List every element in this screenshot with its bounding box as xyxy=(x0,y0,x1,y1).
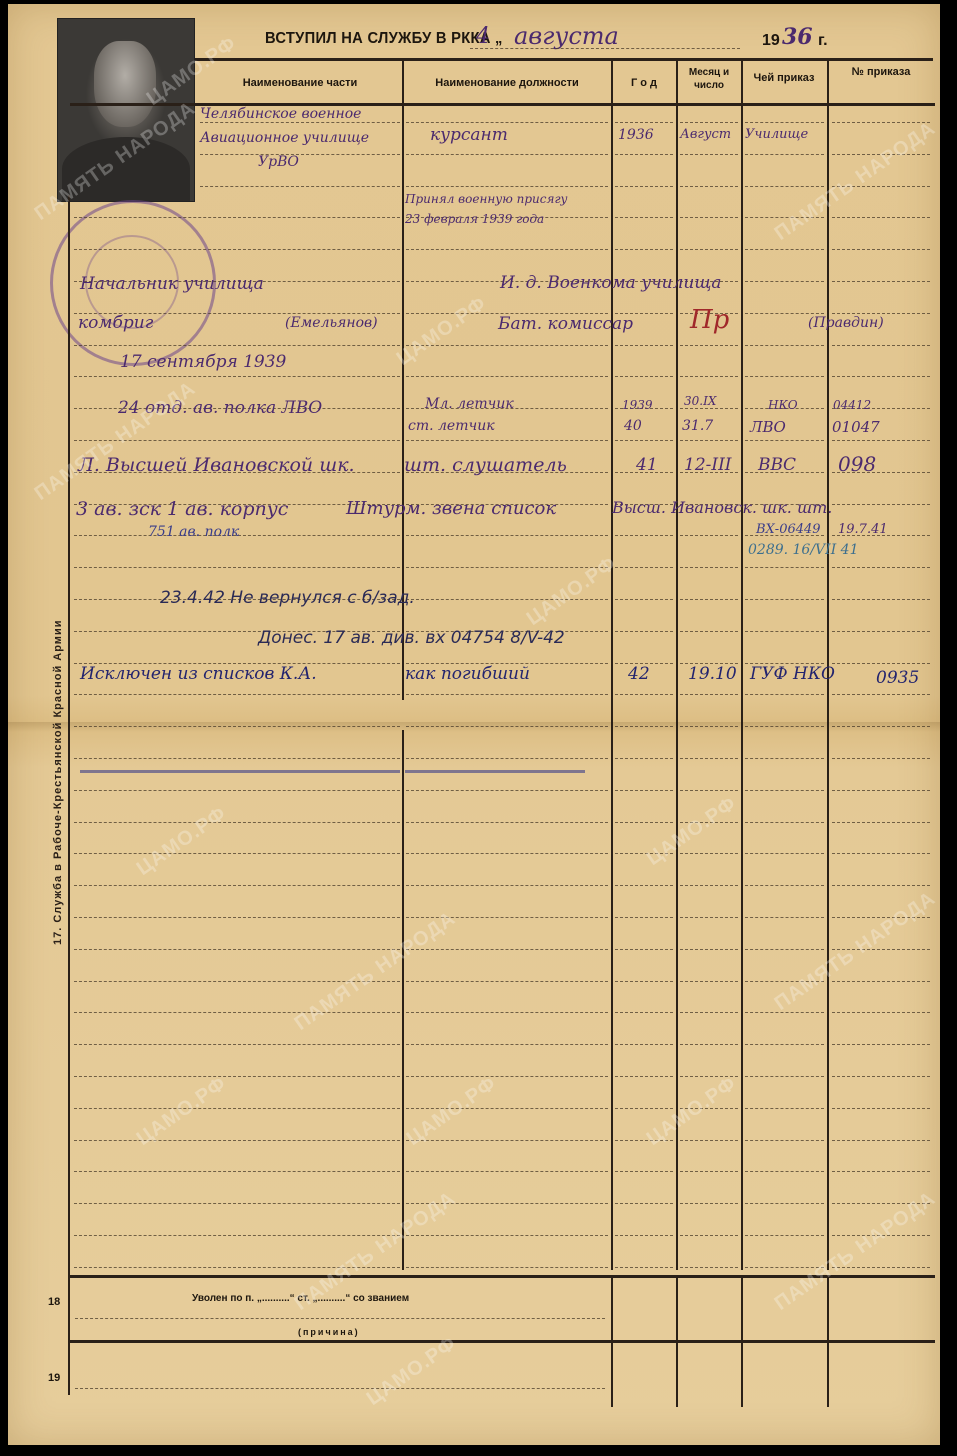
ruled-line xyxy=(74,1076,400,1077)
ruled-line xyxy=(406,1012,608,1013)
ruled-line xyxy=(680,758,738,759)
row18-caption: (причина) xyxy=(298,1327,360,1337)
enlist-day: 4 xyxy=(476,24,490,49)
ruled-line xyxy=(745,122,824,123)
ruled-line xyxy=(745,376,824,377)
lower-col-divider-2 xyxy=(611,1277,613,1407)
ruled-line xyxy=(745,249,824,250)
ruled-line xyxy=(745,790,824,791)
header-top-rule xyxy=(195,58,933,61)
ruled-line xyxy=(680,1235,738,1236)
ruled-line xyxy=(406,249,608,250)
entry5-date: 12-III xyxy=(684,455,732,475)
col-header-date: Месяц и число xyxy=(680,66,738,92)
ruled-line xyxy=(745,917,824,918)
ruled-line xyxy=(745,694,824,695)
entry1-unit-line3: УрВО xyxy=(258,154,299,170)
ruled-line xyxy=(74,1235,400,1236)
ruled-line xyxy=(200,154,400,155)
oath-line1: Принял военную присягу xyxy=(405,192,567,206)
ruled-line xyxy=(832,885,930,886)
ruled-line xyxy=(832,504,930,505)
report-note: Донес. 17 ав. див. вх 04754 8/V-42 xyxy=(258,628,565,648)
ruled-line xyxy=(680,345,738,346)
ruled-line xyxy=(680,726,738,727)
ruled-line xyxy=(680,186,738,187)
ruled-line xyxy=(745,345,824,346)
entry6-extra: Высш. Ивановск. шк. шт. xyxy=(612,498,832,517)
ruled-line xyxy=(406,758,608,759)
entry1-year: 1936 xyxy=(618,127,654,143)
entry6-position: Штурм. звена список xyxy=(346,498,556,519)
ruled-line xyxy=(680,408,738,409)
ruled-line xyxy=(615,885,673,886)
entry4-date-line1: 30.IX xyxy=(684,394,716,408)
ruled-line xyxy=(745,440,824,441)
col-header-order-by: Чей приказ xyxy=(743,72,825,85)
signer1-rank: комбриг xyxy=(78,313,153,333)
ruled-line xyxy=(832,599,930,600)
ruled-line xyxy=(406,1235,608,1236)
ruled-line xyxy=(680,885,738,886)
ruled-line xyxy=(74,249,400,250)
enlist-year-unit: г. xyxy=(818,32,828,50)
ruled-line xyxy=(745,567,824,568)
ruled-line xyxy=(74,790,400,791)
ruled-line xyxy=(406,122,608,123)
ruled-line xyxy=(832,758,930,759)
ruled-line xyxy=(832,790,930,791)
ruled-line xyxy=(615,154,673,155)
ruled-line xyxy=(615,1267,673,1268)
ruled-line xyxy=(615,535,673,536)
entry1-unit-line2: Авиационное училище xyxy=(200,130,369,146)
ruled-line xyxy=(74,758,400,759)
ruled-line xyxy=(74,694,400,695)
col-header-unit: Наименование части xyxy=(200,77,400,90)
entry4-position-line1: Мл. летчик xyxy=(425,396,514,412)
ruled-line xyxy=(745,631,824,632)
entry8-date: 19.10 xyxy=(688,664,737,684)
title-underline xyxy=(470,48,740,49)
ruled-line xyxy=(680,249,738,250)
ruled-line xyxy=(832,1140,930,1141)
ruled-line xyxy=(832,1044,930,1045)
col-header-year: Г о д xyxy=(613,77,675,90)
ruled-line xyxy=(832,694,930,695)
ruled-line xyxy=(680,535,738,536)
ruled-line xyxy=(832,1171,930,1172)
ruled-line xyxy=(74,376,400,377)
ruled-line xyxy=(832,663,930,664)
ruled-line xyxy=(406,885,608,886)
ruled-line xyxy=(615,567,673,568)
ruled-line xyxy=(832,631,930,632)
entry1-unit-line1: Челябинское военное xyxy=(200,106,361,122)
ruled-line xyxy=(74,217,400,218)
ruled-line xyxy=(832,726,930,727)
ruled-line xyxy=(745,949,824,950)
ruled-line xyxy=(74,1171,400,1172)
ruled-line xyxy=(615,440,673,441)
ruled-line xyxy=(615,1108,673,1109)
ruled-line xyxy=(680,949,738,950)
ruled-line xyxy=(832,440,930,441)
entry1-date: Август xyxy=(680,127,731,142)
enlist-year-suffix: 36 xyxy=(782,24,813,50)
entry6-unit2: 751 ав. полк xyxy=(148,524,239,540)
entry6-order-no3: 0289. 16/VII 41 xyxy=(748,542,859,558)
ruled-line xyxy=(832,345,930,346)
enlist-month: августа xyxy=(514,22,619,50)
ruled-line xyxy=(74,917,400,918)
col-divider-2 xyxy=(611,60,613,1270)
page-title: ВСТУПИЛ НА СЛУЖБУ В РККА „ xyxy=(265,30,503,48)
ruled-line xyxy=(745,885,824,886)
ruled-line xyxy=(680,694,738,695)
ruled-line xyxy=(406,186,608,187)
row19-number: 19 xyxy=(48,1372,60,1384)
signer2-name: (Правдин) xyxy=(808,315,884,331)
ruled-line xyxy=(745,1171,824,1172)
row18-number: 18 xyxy=(48,1296,60,1308)
ruled-line xyxy=(200,186,400,187)
ruled-line xyxy=(406,1267,608,1268)
ruled-line xyxy=(832,1108,930,1109)
ruled-line xyxy=(680,631,738,632)
ink-bleed-through xyxy=(80,770,400,773)
ruled-line xyxy=(680,599,738,600)
ruled-line xyxy=(406,853,608,854)
ruled-line xyxy=(74,1203,400,1204)
entry4-order-by-line2: ЛВО xyxy=(750,418,786,436)
ruled-line xyxy=(680,567,738,568)
ruled-line xyxy=(615,1012,673,1013)
ruled-line xyxy=(615,345,673,346)
ruled-line xyxy=(406,567,608,568)
ruled-line xyxy=(680,790,738,791)
signer1-name: (Емельянов) xyxy=(285,315,378,331)
ruled-line xyxy=(680,981,738,982)
ruled-line xyxy=(745,1044,824,1045)
signer1-title: Начальник училища xyxy=(80,274,264,294)
col-divider-3 xyxy=(676,60,678,1270)
ruled-line xyxy=(615,186,673,187)
ruled-line xyxy=(745,822,824,823)
row18-dotted-line xyxy=(75,1318,605,1319)
ruled-line xyxy=(74,1044,400,1045)
ruled-line xyxy=(832,122,930,123)
ruled-line xyxy=(615,631,673,632)
ruled-line xyxy=(406,949,608,950)
sign-date: 17 сентября 1939 xyxy=(120,352,286,372)
ruled-line xyxy=(406,694,608,695)
ruled-line xyxy=(615,1235,673,1236)
ruled-line xyxy=(745,1076,824,1077)
entry8-position: как погибший xyxy=(405,664,530,684)
ruled-line xyxy=(680,1171,738,1172)
ruled-line xyxy=(745,1235,824,1236)
ruled-line xyxy=(680,1140,738,1141)
photo-face xyxy=(94,41,156,127)
ruled-line xyxy=(615,949,673,950)
ruled-line xyxy=(615,1076,673,1077)
ruled-line xyxy=(74,345,400,346)
entry5-year: 41 xyxy=(636,455,658,475)
entry1-position: курсант xyxy=(430,125,508,145)
ruled-line xyxy=(832,313,930,314)
ruled-line xyxy=(74,822,400,823)
ruled-line xyxy=(745,1140,824,1141)
ruled-line xyxy=(74,853,400,854)
entry4-year-line1: 1939 xyxy=(622,398,653,412)
ruled-line xyxy=(832,376,930,377)
ruled-line xyxy=(615,694,673,695)
ruled-line xyxy=(680,440,738,441)
ruled-line xyxy=(200,122,400,123)
ruled-line xyxy=(74,726,400,727)
signer2-title: И. д. Военкома училища xyxy=(500,273,722,293)
ruled-line xyxy=(406,440,608,441)
ruled-line xyxy=(615,1171,673,1172)
ruled-line xyxy=(406,726,608,727)
lower-col-divider-4 xyxy=(741,1277,743,1407)
ruled-line xyxy=(680,154,738,155)
ruled-line xyxy=(406,981,608,982)
signer2-rank: Бат. комиссар xyxy=(498,314,633,334)
ruled-line xyxy=(680,122,738,123)
ruled-line xyxy=(615,758,673,759)
ruled-line xyxy=(680,217,738,218)
ruled-line xyxy=(745,154,824,155)
entry4-order-by-line1: НКО xyxy=(768,398,798,412)
ruled-line xyxy=(406,376,608,377)
ruled-line xyxy=(74,885,400,886)
ruled-line xyxy=(832,1076,930,1077)
ruled-line xyxy=(832,281,930,282)
col-divider-4 xyxy=(741,60,743,1270)
ruled-line xyxy=(832,853,930,854)
ruled-line xyxy=(615,1203,673,1204)
ruled-line xyxy=(74,567,400,568)
ruled-line xyxy=(615,249,673,250)
ruled-line xyxy=(745,186,824,187)
left-border xyxy=(68,195,70,1395)
ruled-line xyxy=(745,853,824,854)
entry6-order-no2: 19.7.41 xyxy=(838,522,888,537)
ruled-line xyxy=(832,217,930,218)
ruled-line xyxy=(745,313,824,314)
ruled-line xyxy=(406,790,608,791)
entry6-unit: 3 ав. зск 1 ав. корпус xyxy=(76,498,288,520)
ruled-line xyxy=(615,599,673,600)
col-header-position: Наименование должности xyxy=(404,77,610,90)
enlist-year-prefix: 19 xyxy=(762,32,780,50)
ruled-line xyxy=(745,1108,824,1109)
ruled-line xyxy=(406,1140,608,1141)
oath-line2: 23 февраля 1939 года xyxy=(405,212,544,226)
ruled-line xyxy=(745,1203,824,1204)
ruled-line xyxy=(74,1140,400,1141)
entry6-order-by2: ВХ-06449 xyxy=(756,522,821,537)
entry4-order-no-line2: 01047 xyxy=(832,418,880,436)
lower-col-divider-3 xyxy=(676,1277,678,1407)
entry4-order-no-line1: 04412 xyxy=(833,398,871,412)
ruled-line xyxy=(615,376,673,377)
title-text: ВСТУПИЛ НА СЛУЖБУ В РККА xyxy=(265,30,491,47)
section-side-label: 17. Служба в Рабоче-Крестьянской Красной… xyxy=(52,620,64,945)
ruled-line xyxy=(745,599,824,600)
entry1-order-by: Училище xyxy=(745,127,808,142)
ruled-line xyxy=(615,917,673,918)
ruled-line xyxy=(745,281,824,282)
entry4-year-line2: 40 xyxy=(624,418,642,434)
ruled-line xyxy=(832,1012,930,1013)
entry5-unit: Л. Высшей Ивановской шк. xyxy=(78,454,355,476)
ruled-line xyxy=(406,822,608,823)
ruled-line xyxy=(615,726,673,727)
ruled-line xyxy=(745,758,824,759)
entry8-year: 42 xyxy=(628,664,650,684)
ruled-line xyxy=(615,981,673,982)
ruled-line xyxy=(680,376,738,377)
ruled-line xyxy=(615,790,673,791)
ruled-line xyxy=(406,1171,608,1172)
ruled-line xyxy=(406,1044,608,1045)
entry8-order-by: ГУФ НКО xyxy=(750,664,835,684)
col-divider-1b xyxy=(402,730,404,1270)
entry5-order-no: 098 xyxy=(838,452,876,476)
entry8-order-no: 0935 xyxy=(876,668,919,688)
ruled-line xyxy=(406,154,608,155)
ruled-line xyxy=(615,822,673,823)
col-header-order-no: № приказа xyxy=(829,66,933,79)
ruled-line xyxy=(832,981,930,982)
ruled-line xyxy=(615,217,673,218)
missing-note: 23.4.42 Не вернулся с б/зад. xyxy=(160,588,415,608)
ruled-line xyxy=(406,535,608,536)
signature-red: Пр xyxy=(690,305,729,335)
ruled-line xyxy=(832,249,930,250)
entry5-order-by: ВВС xyxy=(758,455,796,475)
entry4-position-line2: ст. летчик xyxy=(408,418,495,434)
ruled-line xyxy=(615,1044,673,1045)
entry4-date-line2: 31.7 xyxy=(682,418,713,434)
ruled-line xyxy=(745,726,824,727)
ruled-line xyxy=(680,1044,738,1045)
ruled-line xyxy=(680,853,738,854)
ruled-line xyxy=(74,949,400,950)
ruled-line xyxy=(615,122,673,123)
ruled-line xyxy=(680,917,738,918)
entry8-unit: Исключен из списков К.А. xyxy=(80,664,317,684)
ruled-line xyxy=(406,1076,608,1077)
row19-dotted-line xyxy=(75,1388,605,1389)
ruled-line xyxy=(680,1203,738,1204)
lower-col-divider-5 xyxy=(827,1277,829,1407)
ruled-line xyxy=(680,1012,738,1013)
paper-fold xyxy=(8,722,940,732)
ruled-line xyxy=(680,1267,738,1268)
ruled-line xyxy=(832,822,930,823)
entry5-position: шт. слушатель xyxy=(404,454,567,476)
ruled-line xyxy=(74,1012,400,1013)
ruled-line xyxy=(832,567,930,568)
ink-bleed-through-2 xyxy=(405,770,585,773)
row19-top-rule xyxy=(70,1340,935,1343)
ruled-line xyxy=(74,1108,400,1109)
